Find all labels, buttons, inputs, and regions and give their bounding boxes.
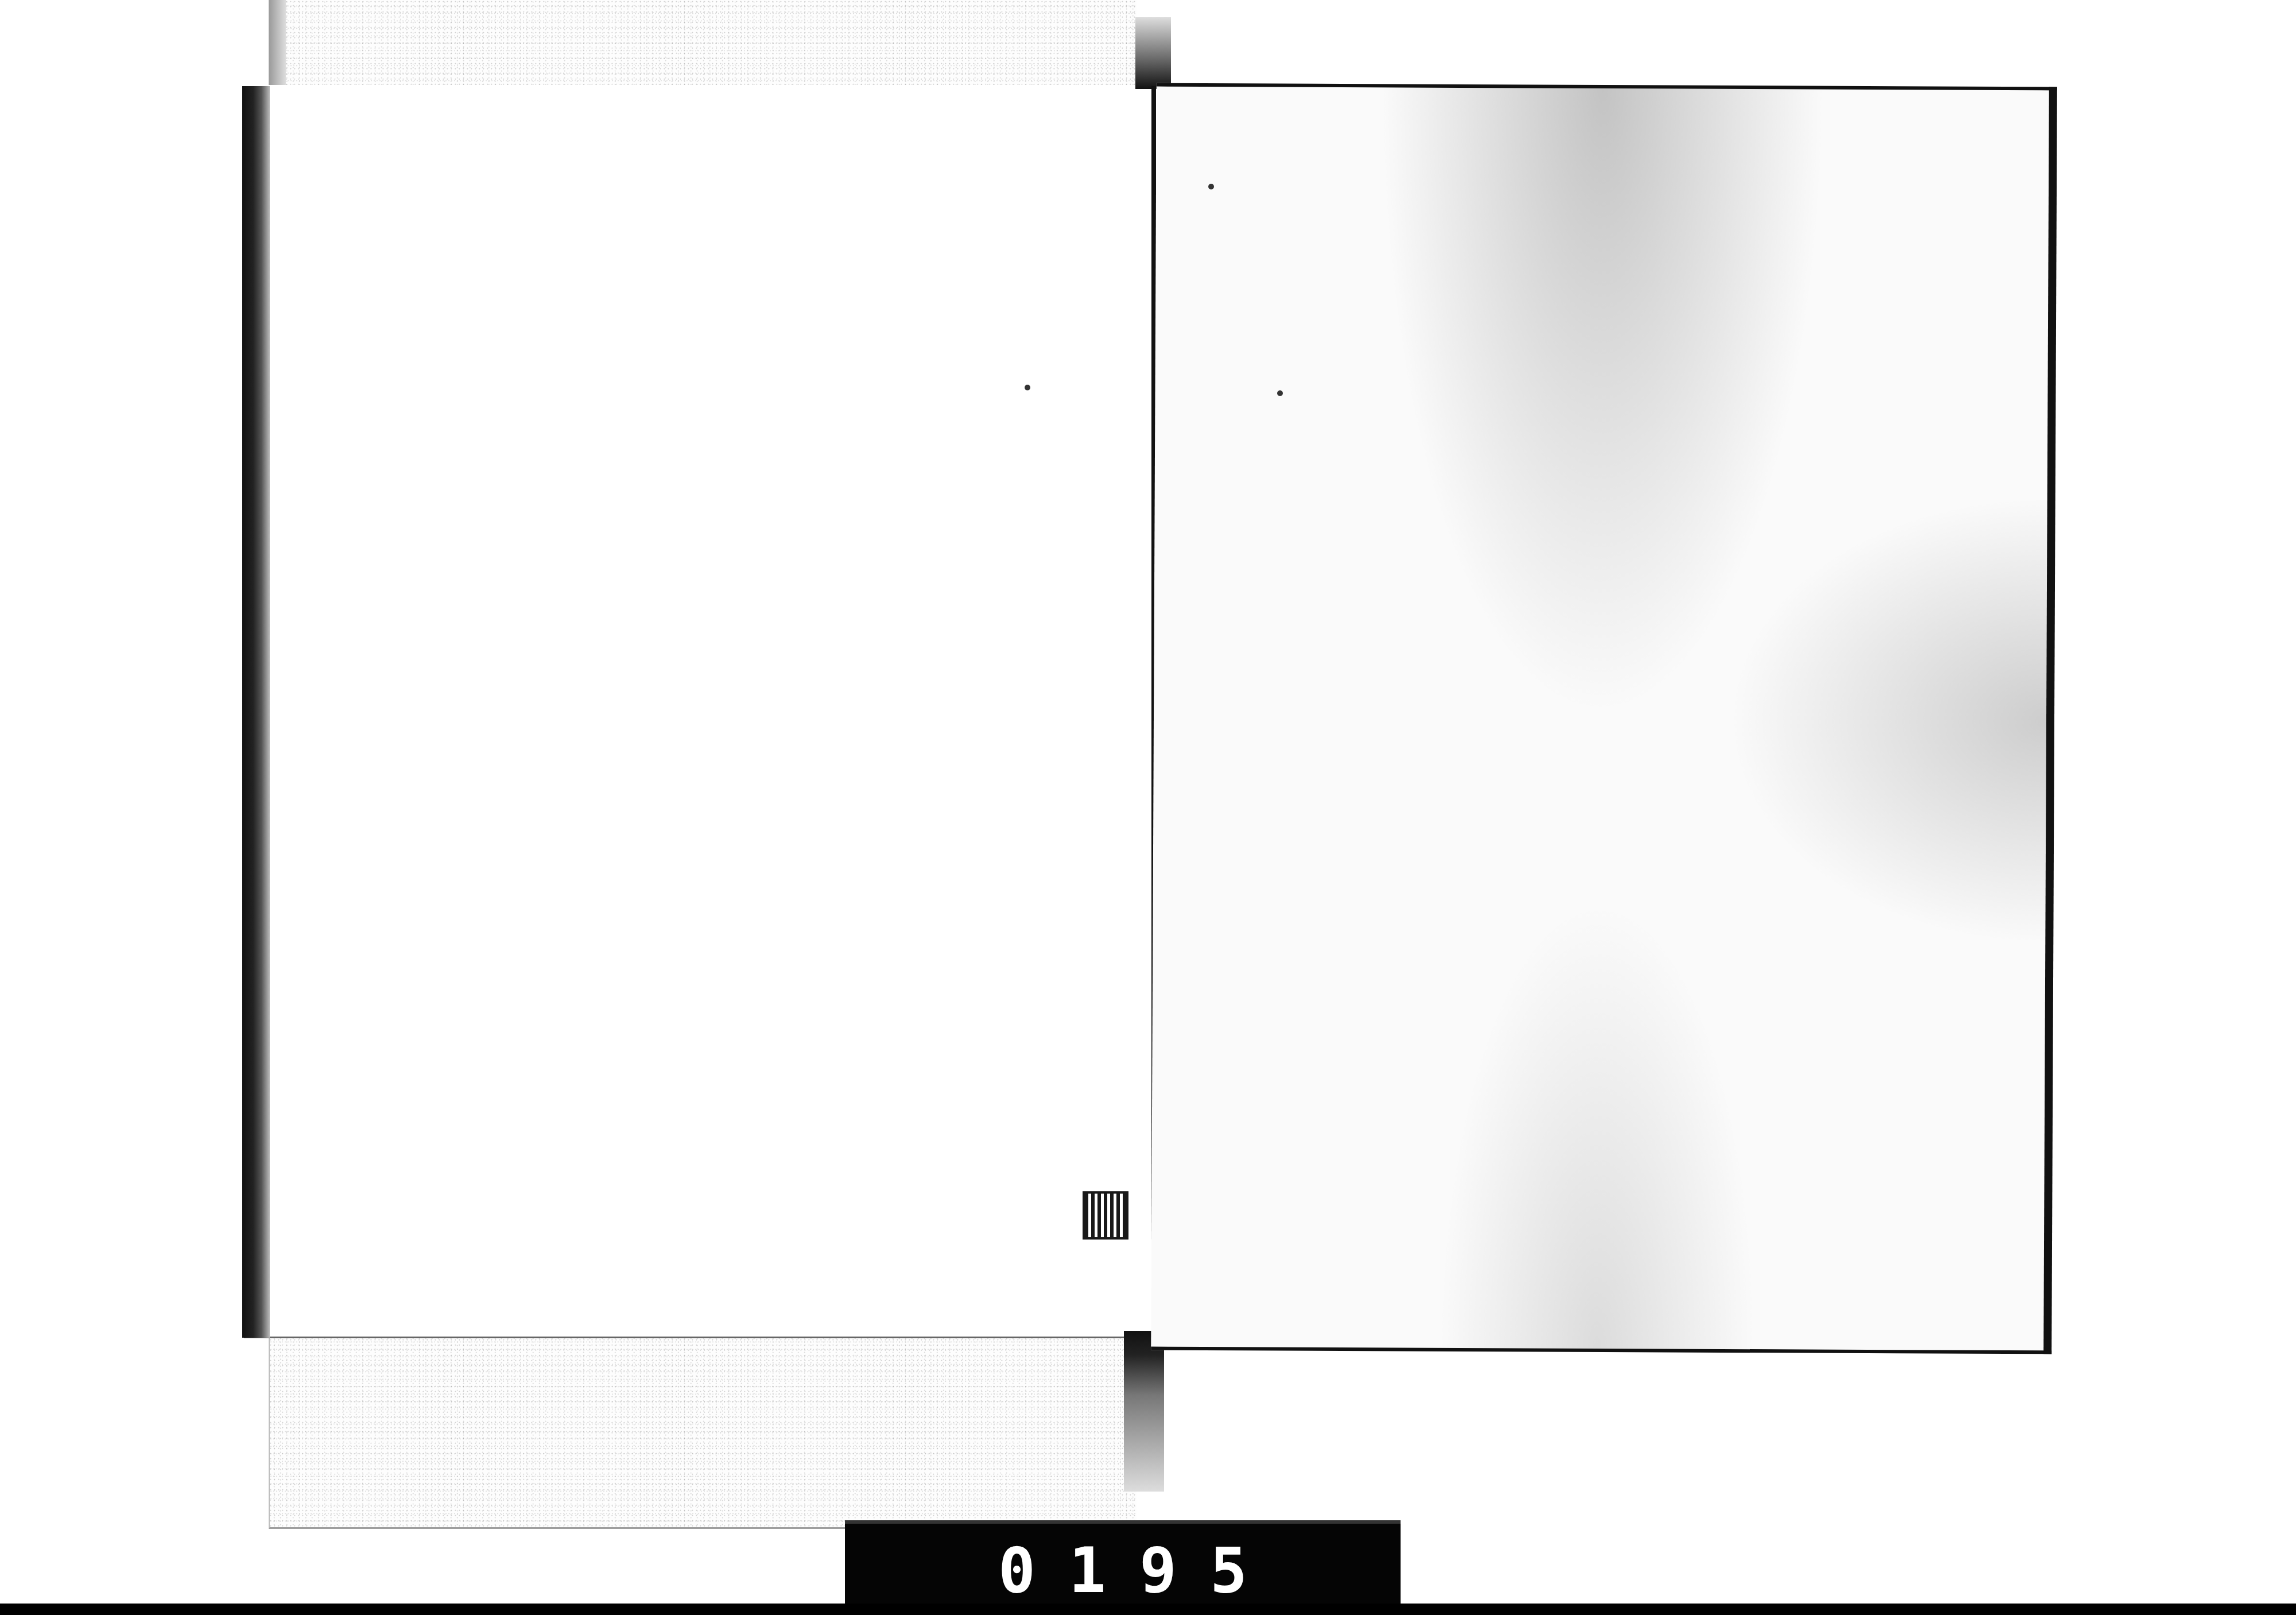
frame-counter-number: 0195	[965, 1535, 1281, 1607]
film-edge-bar	[0, 1604, 2296, 1615]
speck-mark	[1208, 184, 1214, 189]
speck-mark	[1025, 385, 1030, 390]
speck-mark	[1277, 390, 1283, 396]
left-binding-edge	[242, 86, 270, 1338]
gutter-bottom-shadow	[1124, 1331, 1164, 1492]
frame-counter-plate: 0195	[845, 1520, 1401, 1615]
seal-stamp-icon	[1083, 1191, 1128, 1240]
gutter-top-shadow	[1135, 17, 1171, 89]
left-page	[244, 85, 1137, 1338]
right-page	[1151, 83, 2057, 1354]
left-page-top-edge	[269, 0, 286, 86]
seal-stamp	[1080, 1190, 1131, 1241]
